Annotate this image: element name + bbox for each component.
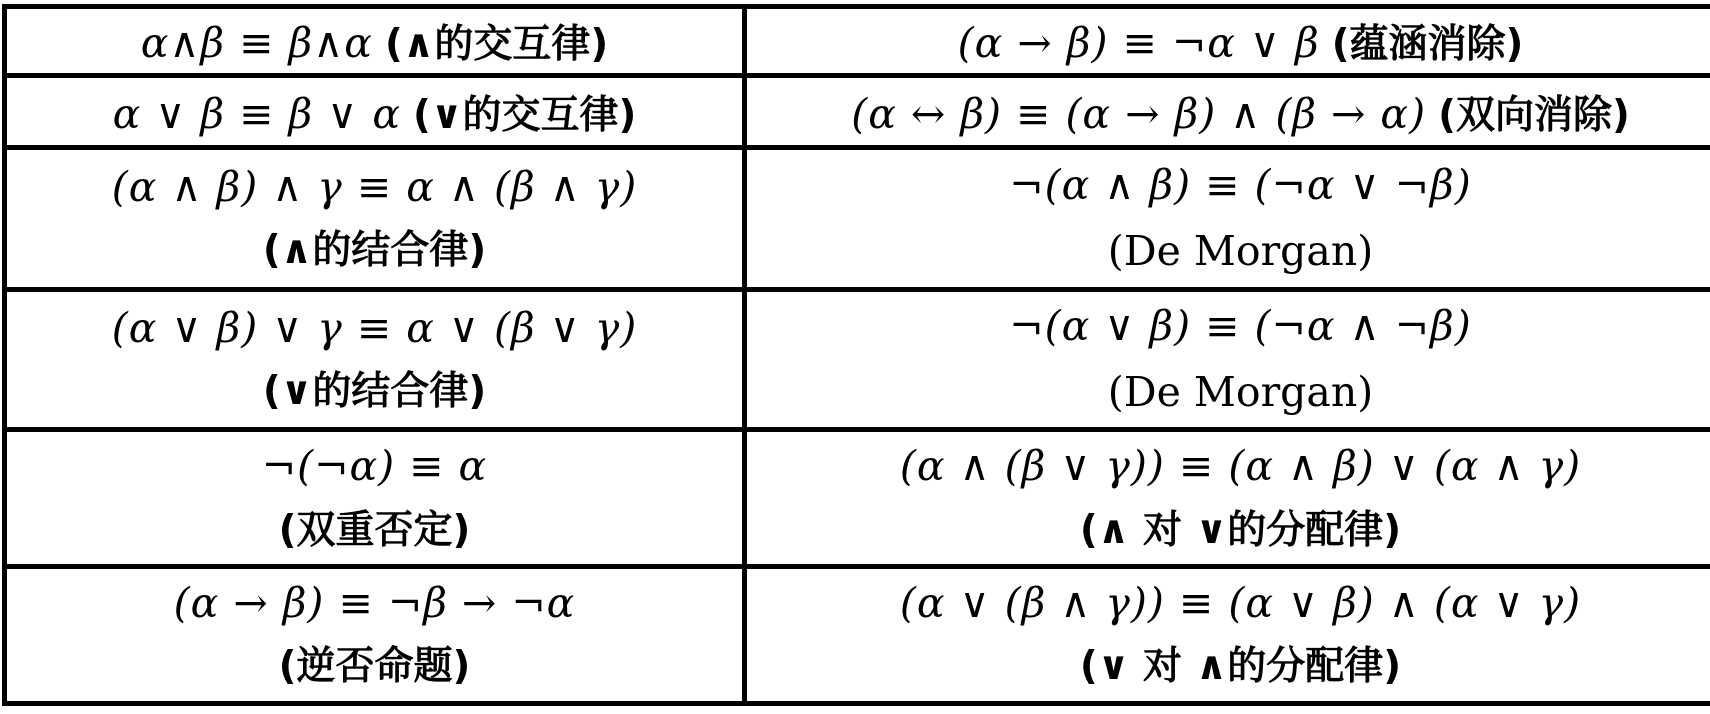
formula-text: (α ∨ (β ∧ γ)) ≡ (α ∨ β) ∧ (α ∨ γ)	[753, 571, 1710, 637]
cell-or-commutativity: α ∨ β ≡ β ∨ α (∨的交互律)	[5, 75, 745, 148]
formula-text: α ∨ β ≡ β ∨ α	[113, 90, 401, 138]
cell-and-commutativity: α∧β ≡ β∧α (∧的交互律)	[5, 7, 745, 76]
law-label: (∧的结合律)	[13, 220, 736, 282]
cell-and-associativity: (α ∧ β) ∧ γ ≡ α ∧ (β ∧ γ) (∧的结合律)	[5, 148, 745, 289]
cell-de-morgan-or: ¬(α ∨ β) ≡ (¬α ∧ ¬β) (De Morgan)	[745, 289, 1710, 429]
formula-text: ¬(¬α) ≡ α	[13, 434, 736, 500]
law-label: (逆否命题)	[13, 636, 736, 698]
cell-contrapositive: (α → β) ≡ ¬β → ¬α (逆否命题)	[5, 566, 745, 703]
law-label: (双重否定)	[13, 500, 736, 562]
equivalence-table: α∧β ≡ β∧α (∧的交互律) (α → β) ≡ ¬α ∨ β (蕴涵消除…	[2, 4, 1710, 706]
law-label: (∨的结合律)	[13, 361, 736, 423]
law-label: (De Morgan)	[753, 219, 1710, 285]
law-label: (蕴涵消除)	[1332, 22, 1524, 67]
formula-text: ¬(α ∧ β) ≡ (¬α ∨ ¬β)	[753, 153, 1710, 219]
law-label: (∧ 对 ∨的分配律)	[753, 500, 1710, 562]
law-label: (∧的交互律)	[385, 22, 608, 67]
formula-text: (α → β) ≡ ¬β → ¬α	[13, 571, 736, 637]
formula-text: ¬(α ∨ β) ≡ (¬α ∧ ¬β)	[753, 294, 1710, 360]
law-label: (双向消除)	[1438, 93, 1630, 138]
cell-or-associativity: (α ∨ β) ∨ γ ≡ α ∨ (β ∨ γ) (∨的结合律)	[5, 289, 745, 429]
law-label: (∨ 对 ∧的分配律)	[753, 636, 1710, 698]
table-row: α ∨ β ≡ β ∨ α (∨的交互律) (α ↔ β) ≡ (α → β) …	[5, 75, 1710, 148]
table-row: (α → β) ≡ ¬β → ¬α (逆否命题) (α ∨ (β ∧ γ)) ≡…	[5, 566, 1710, 703]
cell-double-negation: ¬(¬α) ≡ α (双重否定)	[5, 430, 745, 566]
formula-text: (α → β) ≡ ¬α ∨ β	[958, 19, 1320, 67]
table-row: ¬(¬α) ≡ α (双重否定) (α ∧ (β ∨ γ)) ≡ (α ∧ β)…	[5, 430, 1710, 566]
law-label: (De Morgan)	[753, 360, 1710, 426]
table-row: (α ∧ β) ∧ γ ≡ α ∧ (β ∧ γ) (∧的结合律) ¬(α ∧ …	[5, 148, 1710, 289]
table-row: (α ∨ β) ∨ γ ≡ α ∨ (β ∨ γ) (∨的结合律) ¬(α ∨ …	[5, 289, 1710, 429]
cell-and-over-or-distributivity: (α ∧ (β ∨ γ)) ≡ (α ∧ β) ∨ (α ∧ γ) (∧ 对 ∨…	[745, 430, 1710, 566]
law-label: (∨的交互律)	[413, 93, 636, 138]
cell-implication-elimination: (α → β) ≡ ¬α ∨ β (蕴涵消除)	[745, 7, 1710, 76]
formula-text: (α ∧ (β ∨ γ)) ≡ (α ∧ β) ∨ (α ∧ γ)	[753, 434, 1710, 500]
cell-de-morgan-and: ¬(α ∧ β) ≡ (¬α ∨ ¬β) (De Morgan)	[745, 148, 1710, 289]
cell-biconditional-elimination: (α ↔ β) ≡ (α → β) ∧ (β → α) (双向消除)	[745, 75, 1710, 148]
cell-or-over-and-distributivity: (α ∨ (β ∧ γ)) ≡ (α ∨ β) ∧ (α ∨ γ) (∨ 对 ∧…	[745, 566, 1710, 703]
formula-text: α∧β ≡ β∧α	[141, 19, 373, 67]
table-row: α∧β ≡ β∧α (∧的交互律) (α → β) ≡ ¬α ∨ β (蕴涵消除…	[5, 7, 1710, 76]
formula-text: (α ↔ β) ≡ (α → β) ∧ (β → α)	[851, 90, 1426, 138]
formula-text: (α ∨ β) ∨ γ ≡ α ∨ (β ∨ γ)	[13, 296, 736, 362]
page: α∧β ≡ β∧α (∧的交互律) (α → β) ≡ ¬α ∨ β (蕴涵消除…	[0, 0, 1710, 714]
formula-text: (α ∧ β) ∧ γ ≡ α ∧ (β ∧ γ)	[13, 155, 736, 221]
